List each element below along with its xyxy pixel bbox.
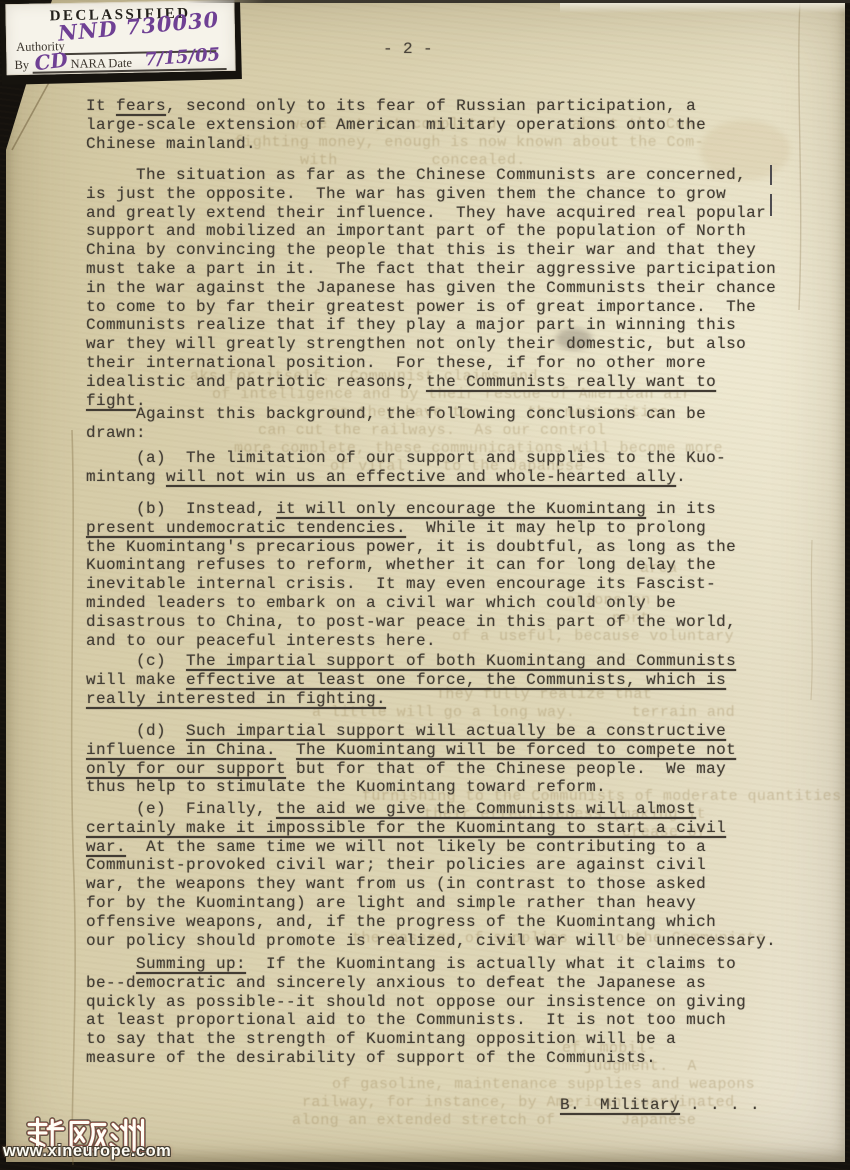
typed-line: (b) Instead, it will only encourage the … — [86, 500, 736, 519]
typed-line: Communist-provoked civil war; their poli… — [86, 856, 776, 875]
typed-line: is just the opposite. The war has given … — [86, 185, 776, 204]
typed-line: to come to by far their greatest power i… — [86, 298, 776, 317]
paragraph: The situation as far as the Chinese Comm… — [86, 166, 776, 410]
typed-line: (c) The impartial support of both Kuomin… — [86, 652, 736, 671]
typed-line: influence in China. The Kuomintang will … — [86, 741, 736, 760]
paragraph: (a) The limitation of our support and su… — [86, 449, 726, 487]
typed-line: and greatly extend their influence. They… — [86, 204, 776, 223]
typed-line: must take a part in it. The fact that th… — [86, 260, 776, 279]
typed-line: disastrous to China, to post-war peace i… — [86, 613, 736, 632]
by-label: By — [14, 58, 29, 73]
scanned-document-page: were not yet completed about the Con-fig… — [0, 0, 850, 1170]
typed-line: war, the weapons they want from us (in c… — [86, 875, 776, 894]
typed-line: will make effective at least one force, … — [86, 671, 736, 690]
paragraph: Against this background, the following c… — [86, 405, 706, 443]
typed-line: Summing up: If the Kuomintang is actuall… — [86, 955, 746, 974]
typed-line: be--democratic and sincerely anxious to … — [86, 974, 746, 993]
typed-line: (a) The limitation of our support and su… — [86, 449, 726, 468]
declassified-stamp: DECLASSIFIED Authority NND 730030 By CD … — [5, 0, 235, 75]
typed-line: It fears, second only to its fear of Rus… — [86, 97, 706, 116]
typed-line: certainly make it impossible for the Kuo… — [86, 819, 776, 838]
typed-line: minded leaders to embark on a civil war … — [86, 594, 736, 613]
paragraph: It fears, second only to its fear of Rus… — [86, 97, 706, 153]
typed-line: the Kuomintang's precarious power, it is… — [86, 538, 736, 557]
typed-line: to say that the strength of Kuomintang o… — [86, 1030, 746, 1049]
typed-line: their international position. For these,… — [86, 354, 776, 373]
typed-line: inevitable internal crisis. It may even … — [86, 575, 736, 594]
typed-line: China by convincing the people that this… — [86, 241, 776, 260]
typed-line: drawn: — [86, 424, 706, 443]
typed-line: (e) Finally, the aid we give the Communi… — [86, 800, 776, 819]
paragraph: (d) Such impartial support will actually… — [86, 722, 736, 797]
typed-line: mintang will not win us an effective and… — [86, 468, 726, 487]
paragraph: (c) The impartial support of both Kuomin… — [86, 652, 736, 708]
typed-text: It fears, second only to its fear of Rus… — [0, 0, 850, 1170]
typed-line: only for our support but for that of the… — [86, 760, 736, 779]
typed-line: at least proportional aid to the Communi… — [86, 1011, 746, 1030]
typed-line: in the war against the Japanese has give… — [86, 279, 776, 298]
typed-line: war they will greatly strengthen not onl… — [86, 335, 776, 354]
typed-line: idealistic and patriotic reasons, the Co… — [86, 373, 776, 392]
paragraph: (e) Finally, the aid we give the Communi… — [86, 800, 776, 950]
top-edge-highlight — [560, 3, 845, 13]
typed-line: our policy should promote is realized, c… — [86, 932, 776, 951]
typed-line: present undemocratic tendencies. While i… — [86, 519, 736, 538]
typed-line: Against this background, the following c… — [86, 405, 706, 424]
typed-line: B. Military . . . . — [560, 1096, 760, 1115]
typed-line: offensive weapons, and, if the progress … — [86, 913, 776, 932]
typed-line: for by the Kuomintang) are light and sim… — [86, 894, 776, 913]
typed-line: and to our peaceful interests here. — [86, 632, 736, 651]
typed-line: quickly as possible--it should not oppos… — [86, 993, 746, 1012]
typed-line: support and mobilized an important part … — [86, 222, 776, 241]
paragraph: B. Military . . . . — [560, 1096, 760, 1115]
typed-line: war. At the same time we will not likely… — [86, 838, 776, 857]
typed-line: The situation as far as the Chinese Comm… — [86, 166, 776, 185]
paragraph: (b) Instead, it will only encourage the … — [86, 500, 736, 650]
paragraph: Summing up: If the Kuomintang is actuall… — [86, 955, 746, 1068]
date-handwriting: 7/15/05 — [144, 44, 221, 70]
typed-line: measure of the desirability of support o… — [86, 1049, 746, 1068]
typed-line: Kuomintang refuses to reform, whether it… — [86, 556, 736, 575]
typed-line: (d) Such impartial support will actually… — [86, 722, 736, 741]
typed-line: large-scale extension of American milita… — [86, 116, 706, 135]
typed-line: Chinese mainland. — [86, 135, 706, 154]
typed-line: really interested in fighting. — [86, 690, 736, 709]
typed-line: thus help to stimulate the Kuomintang to… — [86, 778, 736, 797]
typed-line: Communists realize that if they play a m… — [86, 316, 776, 335]
